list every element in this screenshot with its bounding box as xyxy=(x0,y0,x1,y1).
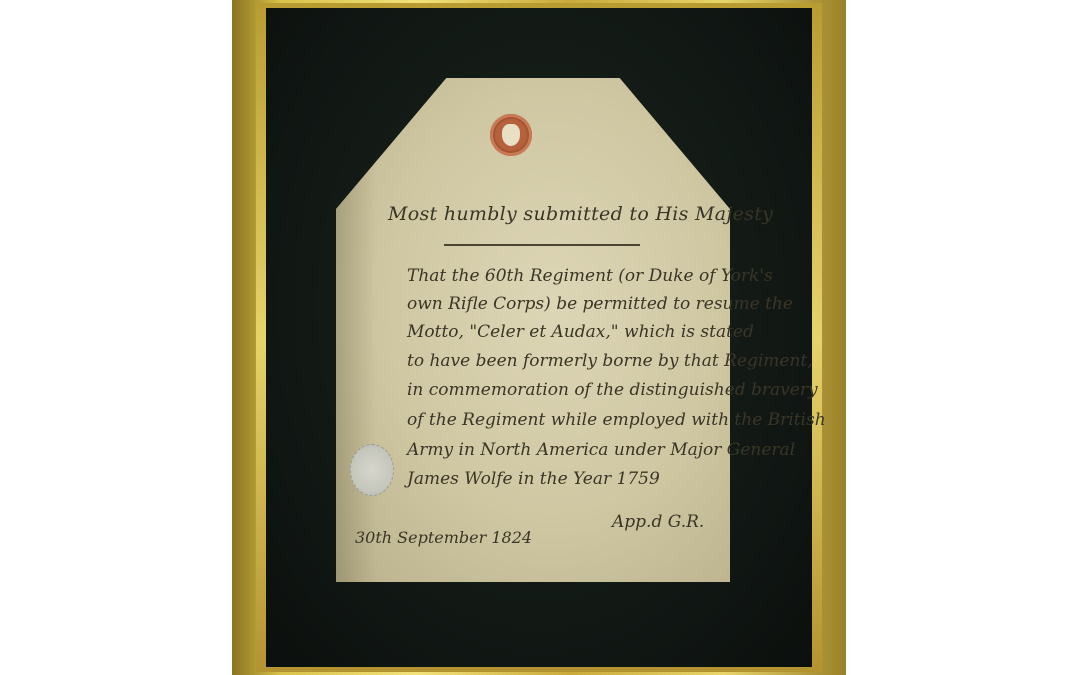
body-line: Army in North America under Major Genera… xyxy=(407,440,795,460)
war-office-seal-icon xyxy=(490,114,532,156)
embossed-wafer-seal-icon xyxy=(350,444,394,496)
royal-approval-signature: App.d G.R. xyxy=(612,512,704,532)
body-line: in commemoration of the distinguished br… xyxy=(407,380,818,400)
body-line: That the 60th Regiment (or Duke of York'… xyxy=(407,266,773,286)
body-line: to have been formerly borne by that Regi… xyxy=(407,351,813,371)
body-line: James Wolfe in the Year 1759 xyxy=(407,469,660,489)
body-line: of the Regiment while employed with the … xyxy=(407,410,826,430)
body-line: own Rifle Corps) be permitted to resume … xyxy=(407,294,793,314)
heading-underline xyxy=(444,244,640,246)
document-heading: Most humbly submitted to His Majesty xyxy=(388,203,773,225)
body-line: Motto, "Celer et Audax," which is stated xyxy=(407,322,754,342)
document-date: 30th September 1824 xyxy=(355,528,532,547)
crest-icon xyxy=(502,124,520,146)
